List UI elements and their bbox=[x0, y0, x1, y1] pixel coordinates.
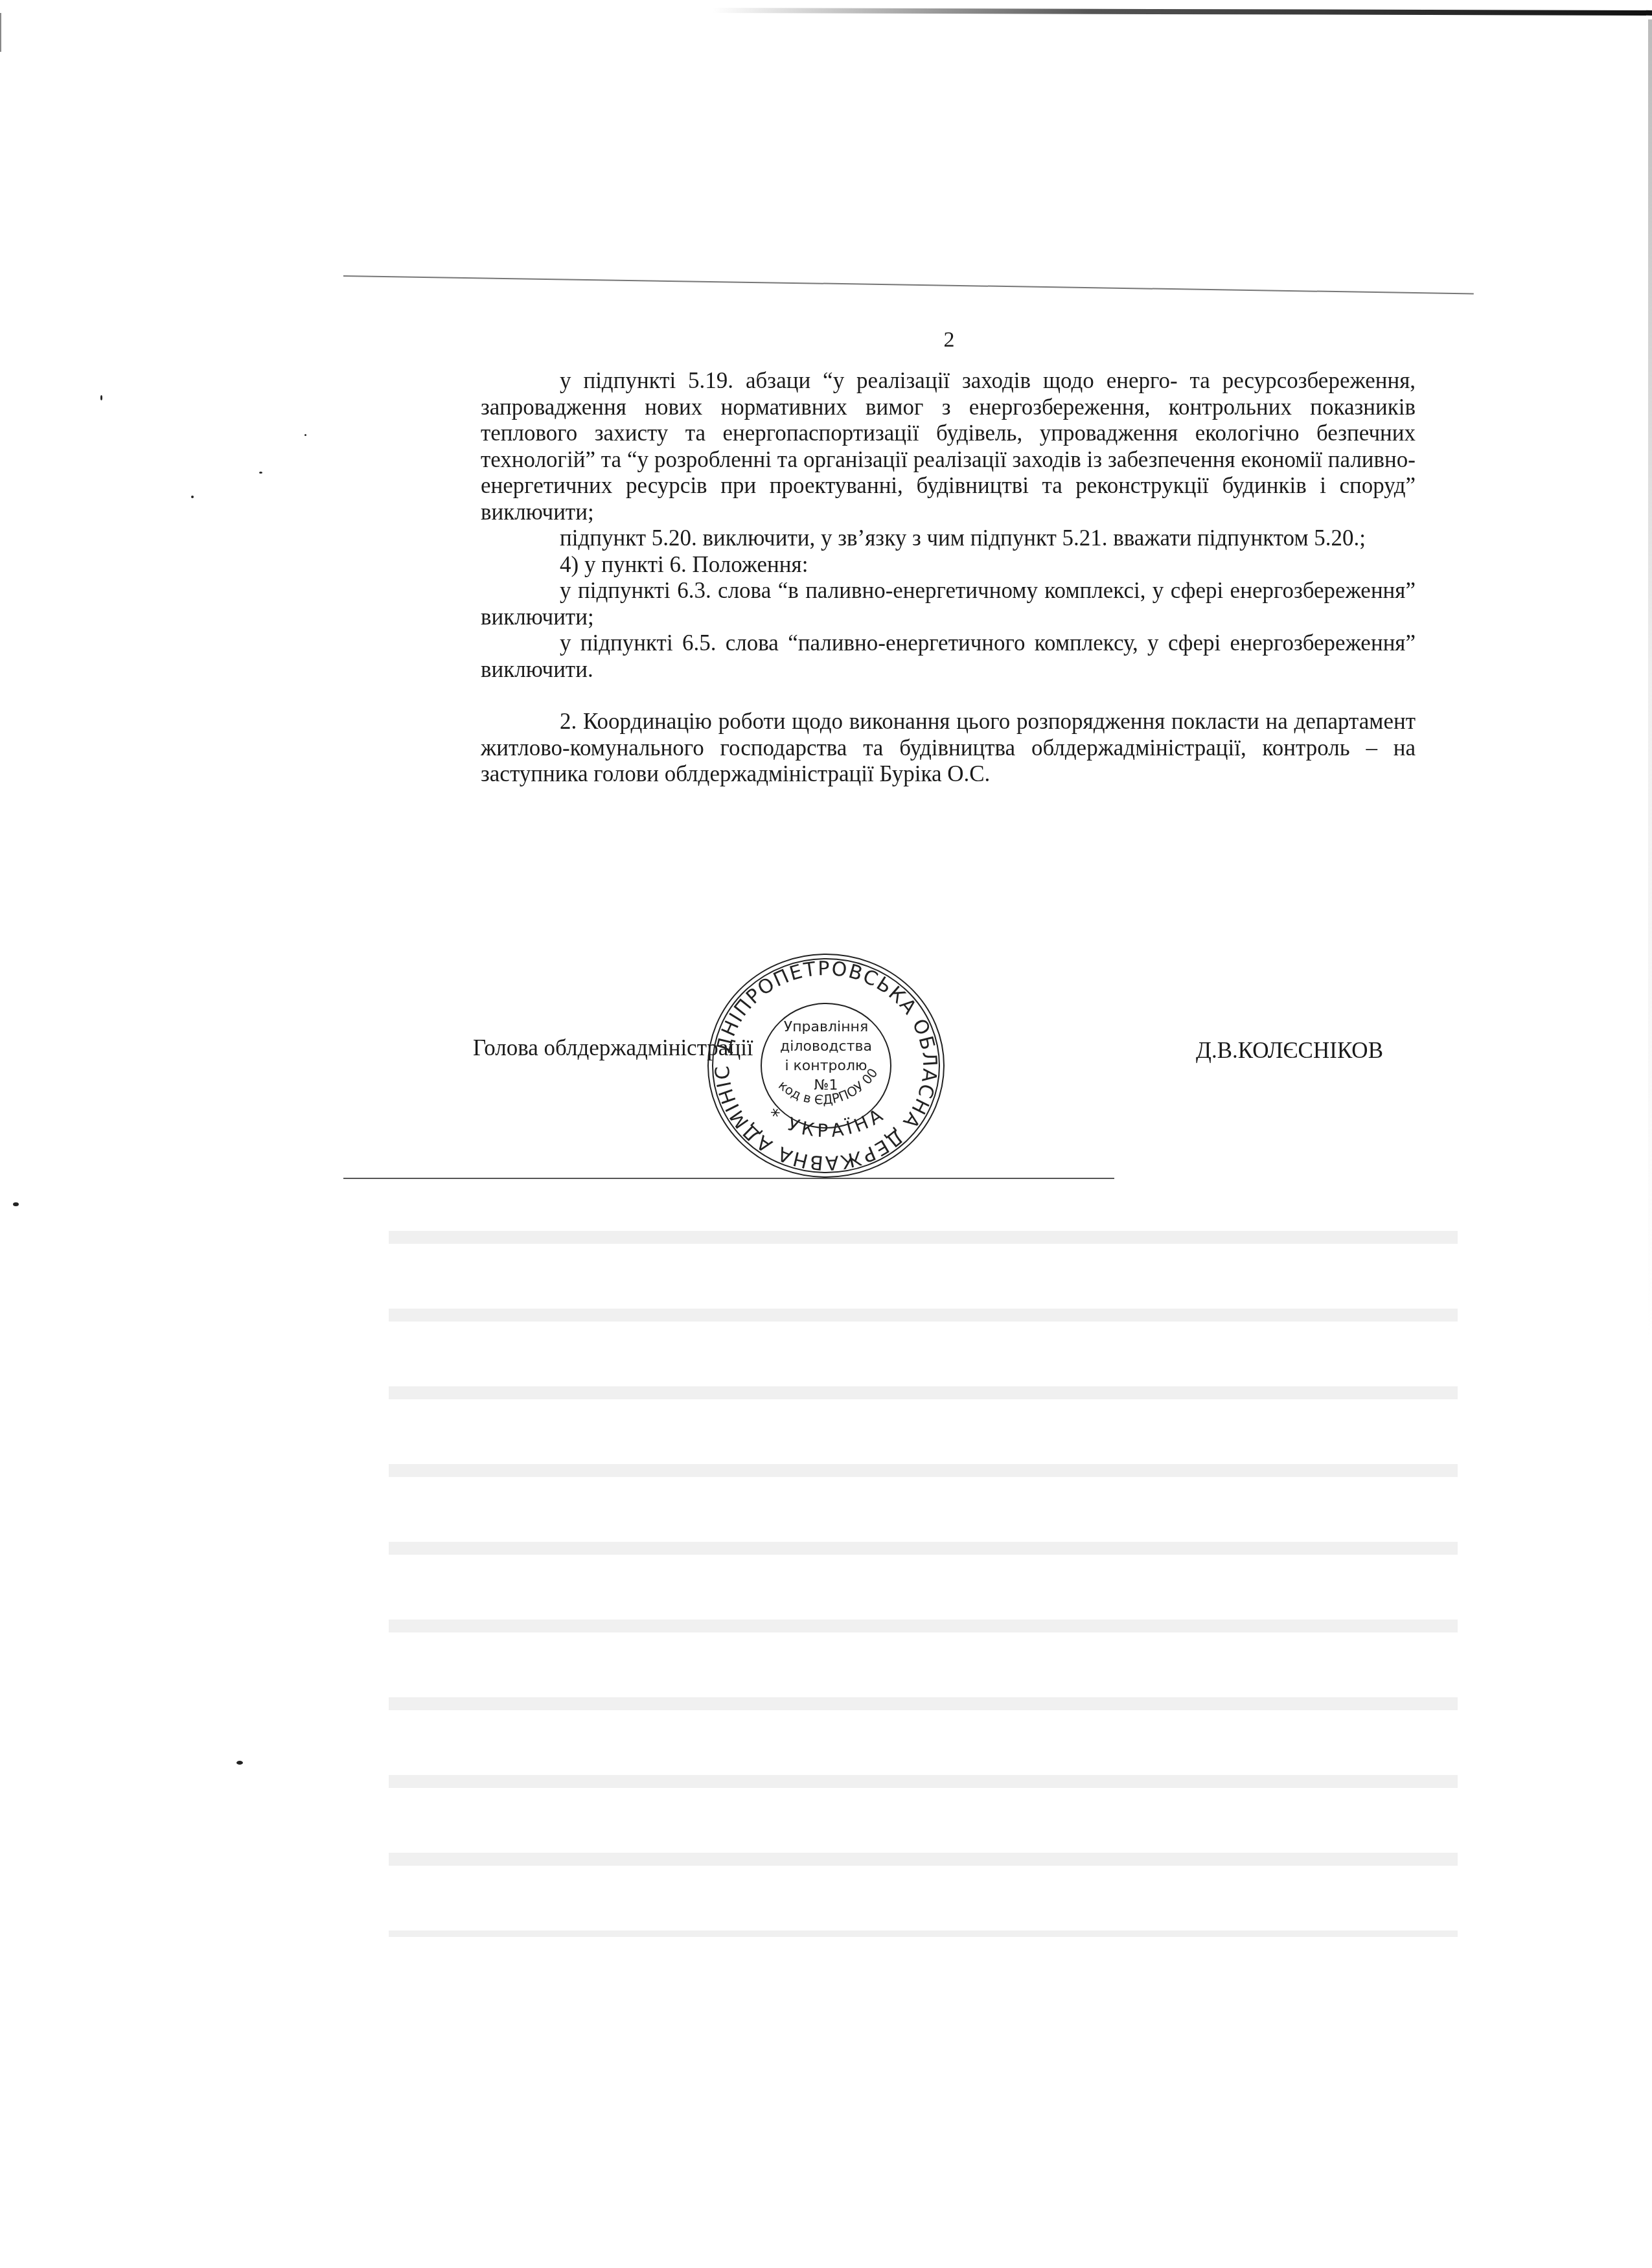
scan-speck bbox=[100, 395, 102, 400]
scan-edge-right bbox=[1648, 19, 1652, 2222]
document-body: у підпункті 5.19. абзаци “у реалізації з… bbox=[481, 368, 1416, 788]
bleed-through-text bbox=[389, 1192, 1458, 1937]
scan-edge-left bbox=[0, 13, 1, 52]
page-number: 2 bbox=[933, 328, 965, 352]
paragraph-item-4: 4) у пункті 6. Положення: bbox=[481, 552, 1416, 578]
scan-speck bbox=[304, 434, 306, 436]
page-bottom-rule bbox=[343, 1178, 1114, 1179]
scan-speck bbox=[236, 1761, 243, 1765]
scan-speck bbox=[13, 1202, 19, 1206]
seal-center-line-2: діловодства bbox=[780, 1038, 872, 1055]
scan-edge-top bbox=[713, 8, 1652, 16]
paragraph-6-3: у підпункті 6.3. слова “в паливно-енерге… bbox=[481, 578, 1416, 630]
page-top-rule bbox=[343, 275, 1474, 294]
paragraph-5-19: у підпункті 5.19. абзаци “у реалізації з… bbox=[481, 368, 1416, 525]
official-seal-stamp: ДНІПРОПЕТРОВСЬКА ОБЛАСНА ДЕРЖАВНА АДМІНІ… bbox=[700, 946, 952, 1186]
scan-speck bbox=[259, 472, 262, 474]
seal-icon: ДНІПРОПЕТРОВСЬКА ОБЛАСНА ДЕРЖАВНА АДМІНІ… bbox=[700, 946, 952, 1186]
scan-speck bbox=[191, 496, 194, 498]
seal-center-line-4: №1 bbox=[814, 1077, 838, 1094]
paragraph-6-5: у підпункті 6.5. слова “паливно-енергети… bbox=[481, 630, 1416, 683]
seal-center-line-1: Управління bbox=[784, 1019, 868, 1035]
paragraph-coordination: 2. Координацію роботи щодо виконання цьо… bbox=[481, 709, 1416, 788]
seal-center-line-3: і контролю bbox=[785, 1058, 867, 1074]
paragraph-5-20: підпункт 5.20. виключити, у зв’язку з чи… bbox=[481, 525, 1416, 552]
signatory-name: Д.В.КОЛЄСНІКОВ bbox=[1196, 1038, 1383, 1064]
